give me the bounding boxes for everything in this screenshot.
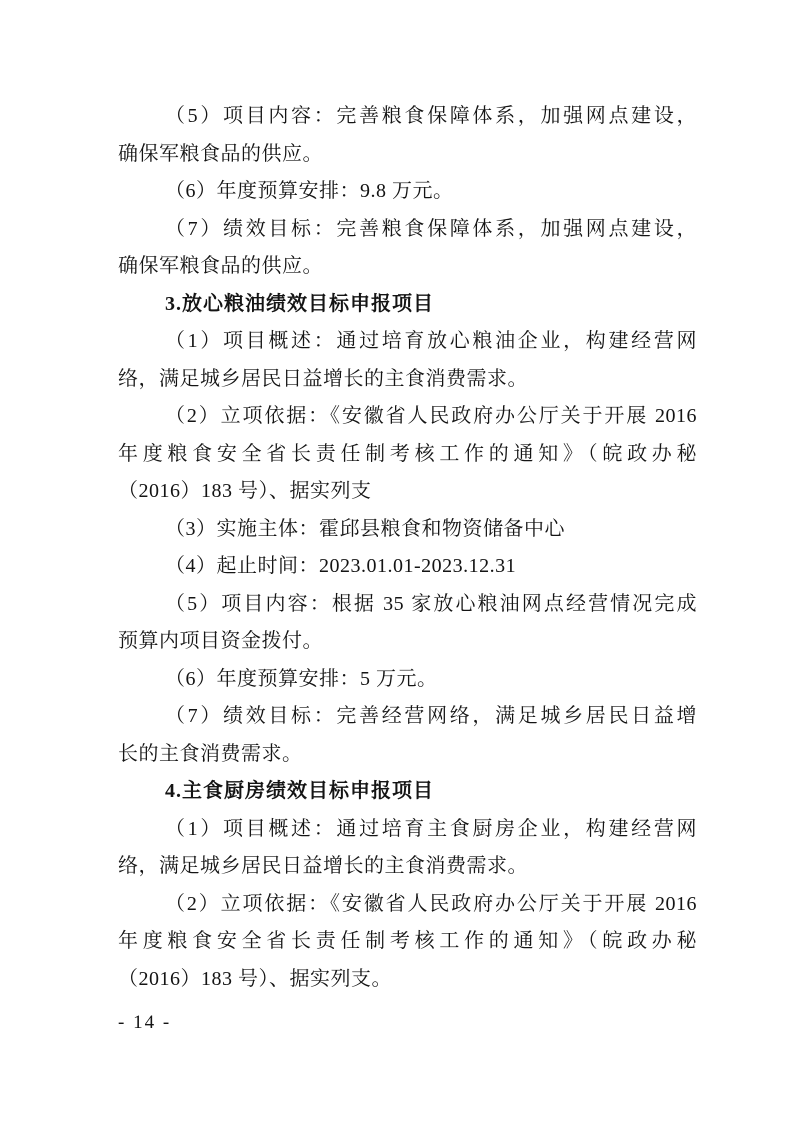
document-page: （5）项目内容：完善粮食保障体系，加强网点建设， 确保军粮食品的供应。 （6）年…: [0, 0, 793, 1122]
paragraph-line: 预算内项目资金拨付。: [118, 623, 697, 661]
paragraph-line: （5）项目内容：根据 35 家放心粮油网点经营情况完成: [118, 586, 697, 624]
paragraph-line: （6）年度预算安排：5 万元。: [118, 661, 697, 699]
paragraph-line: 年度粮食安全省长责任制考核工作的通知》（皖政办秘: [118, 436, 697, 474]
paragraph-line: 确保军粮食品的供应。: [118, 248, 697, 286]
paragraph-line: （2016）183 号）、据实列支: [118, 473, 697, 511]
paragraph-line: （1）项目概述：通过培育主食厨房企业，构建经营网: [118, 811, 697, 849]
paragraph-line: 络，满足城乡居民日益增长的主食消费需求。: [118, 848, 697, 886]
paragraph-line: （7）绩效目标：完善粮食保障体系，加强网点建设，: [118, 211, 697, 249]
paragraph-line: （2）立项依据：《安徽省人民政府办公厅关于开展 2016: [118, 398, 697, 436]
paragraph-line: （4）起止时间：2023.01.01-2023.12.31: [118, 548, 697, 586]
paragraph-line: （7）绩效目标：完善经营网络，满足城乡居民日益增: [118, 698, 697, 736]
paragraph-line: 长的主食消费需求。: [118, 736, 697, 774]
page-number: - 14 -: [118, 1008, 171, 1038]
paragraph-line: （2016）183 号）、据实列支。: [118, 961, 697, 999]
paragraph-line: （2）立项依据：《安徽省人民政府办公厅关于开展 2016: [118, 886, 697, 924]
paragraph-line: 确保军粮食品的供应。: [118, 136, 697, 174]
paragraph-line: 络，满足城乡居民日益增长的主食消费需求。: [118, 361, 697, 399]
section-heading-4: 4.主食厨房绩效目标申报项目: [118, 773, 697, 811]
paragraph-line: 年度粮食安全省长责任制考核工作的通知》（皖政办秘: [118, 923, 697, 961]
section-heading-3: 3.放心粮油绩效目标申报项目: [118, 286, 697, 324]
paragraph-line: （5）项目内容：完善粮食保障体系，加强网点建设，: [118, 98, 697, 136]
document-body: （5）项目内容：完善粮食保障体系，加强网点建设， 确保军粮食品的供应。 （6）年…: [118, 98, 697, 998]
paragraph-line: （6）年度预算安排：9.8 万元。: [118, 173, 697, 211]
paragraph-line: （3）实施主体：霍邱县粮食和物资储备中心: [118, 511, 697, 549]
paragraph-line: （1）项目概述：通过培育放心粮油企业，构建经营网: [118, 323, 697, 361]
